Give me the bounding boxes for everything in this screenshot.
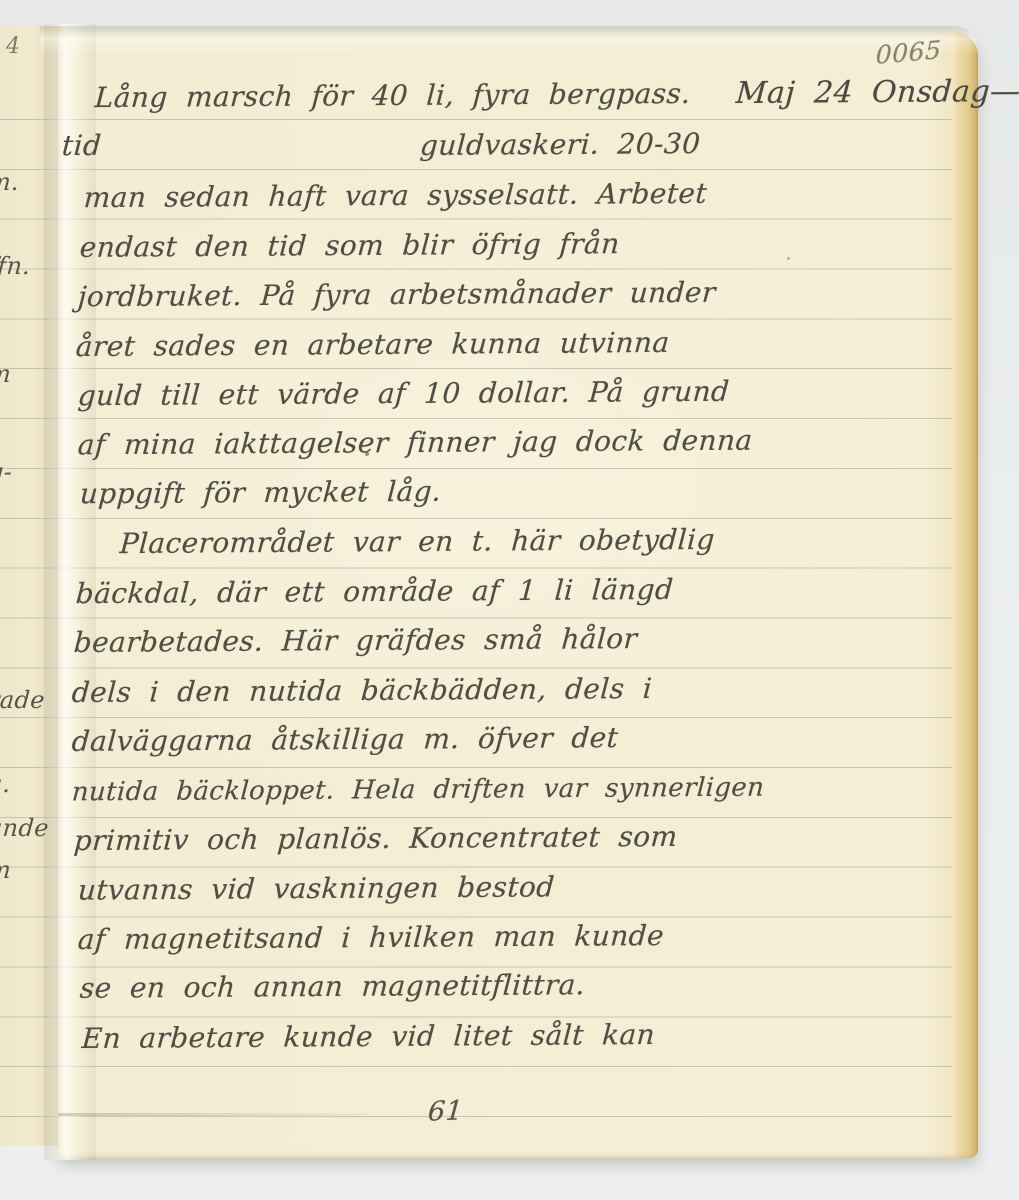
opposite-page-fragment: m — [0, 856, 12, 884]
entry-line: se en och annan magnetitflittra. — [79, 971, 586, 1003]
entry-line: primitiv och planlös. Koncentratet som — [73, 823, 678, 855]
opposite-page-fragment: rade — [0, 686, 46, 714]
opposite-page-fragment: m. — [0, 168, 20, 196]
entry-line: uppgift för mycket låg. — [79, 478, 442, 509]
entry-line: bäckdal, där ett område af 1 li längd — [75, 576, 674, 608]
entry-line: guldvaskeri. 20-30 — [419, 130, 701, 160]
entry-line: jordbruket. På fyra arbetsmånader under — [77, 279, 717, 311]
opposite-page-fragment: m — [0, 360, 12, 388]
entry-line: man sedan haft vara sysselsatt. Arbetet — [83, 180, 708, 212]
entry-line: utvanns vid vaskningen bestod — [77, 873, 556, 904]
entry-line: bearbetades. Här gräfdes små hålor — [73, 625, 638, 657]
entry-line: guld till ett värde af 10 dollar. På gru… — [77, 378, 730, 411]
page-number: 61 — [427, 1097, 464, 1125]
entry-line: Lång marsch för 40 li, fyra bergpass. — [94, 80, 692, 112]
opposite-page-fragment: g- — [0, 458, 13, 486]
entry-line: af magnetitsand i hvilken man kunde — [77, 922, 665, 954]
opposite-page-numeral: 4 — [6, 34, 20, 59]
entry-line: dels i den nutida bäckbädden, dels i — [71, 675, 653, 707]
date-heading: Maj 24 Onsdag— — [735, 77, 1019, 109]
notebook-scan: 0065 Maj 24 Onsdag— Lång marsch för 40 l… — [0, 0, 1019, 1200]
entry-line: endast den tid som blir öfrig från — [79, 230, 620, 262]
entry-line: dalväggarna åtskilliga m. öfver det — [71, 724, 619, 756]
entry-line: nutida bäckloppet. Hela driften var synn… — [71, 775, 765, 806]
entry-line: af mina iakttagelser finner jag dock den… — [77, 427, 753, 460]
entry-line: tid — [61, 132, 102, 160]
opposite-page-fragment: ffn. — [0, 252, 31, 280]
opposite-page-fragment: ande — [0, 814, 50, 842]
entry-line: året sades en arbetare kunna utvinna — [75, 329, 670, 361]
entry-line: En arbetare kunde vid litet sålt kan — [81, 1021, 656, 1053]
opposite-page-fragment: a. — [0, 770, 12, 798]
folio-stamp: 0065 — [876, 37, 942, 68]
entry-line: Placerområdet var en t. här obetydlig — [119, 526, 716, 558]
